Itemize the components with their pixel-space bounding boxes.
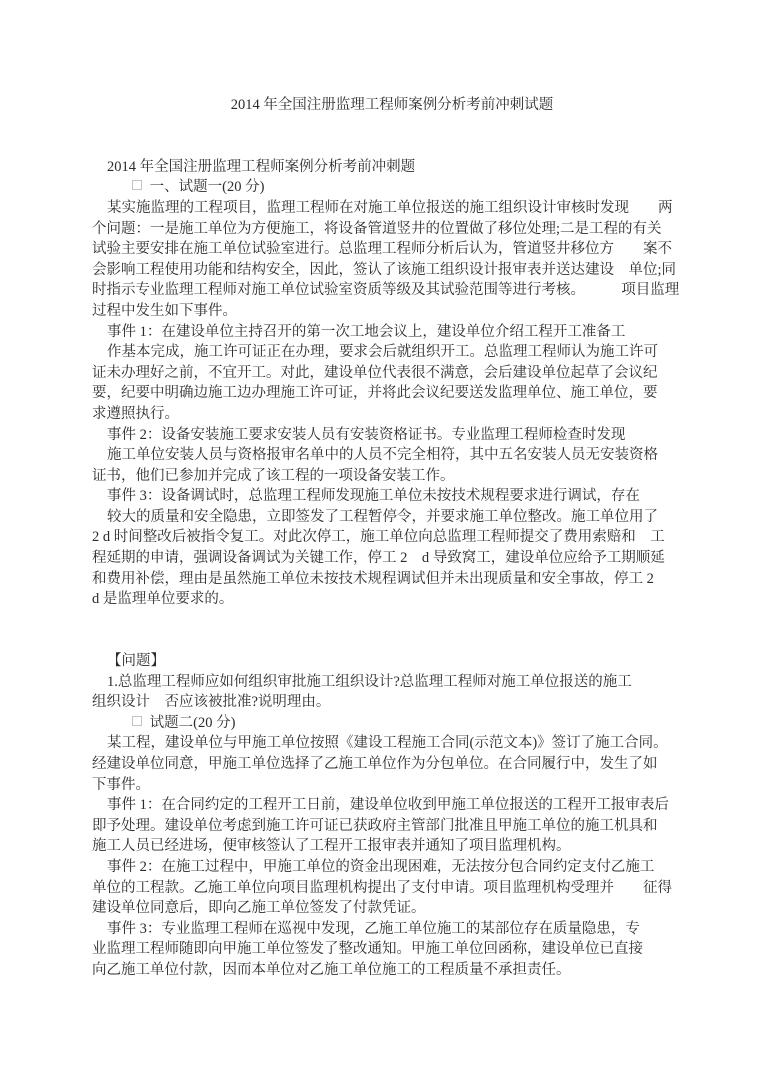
- text-line: 事件 2：设备安装施工要求安装人员有安装资格证书。专业监理工程师检查时发现: [92, 425, 692, 446]
- text-line: d 是监理单位要求的。: [92, 589, 692, 610]
- placeholder-box-icon: [132, 180, 142, 190]
- text-line: 事件 1：在合同约定的工程开工日前，建设单位收到甲施工单位报送的工程开工报审表后: [92, 795, 692, 816]
- document-page: 2014 年全国注册监理工程师案例分析考前冲刺试题 2014 年全国注册监理工程…: [0, 0, 763, 1080]
- text-line: 时指示专业监理工程师对施工单位试验室资质等级及其试验范围等进行考核。 项目监理: [92, 280, 692, 301]
- text-line: 施工人员已经进场，便审核签认了工程开工报审表并通知了项目监理机构。: [92, 836, 692, 857]
- text-line: 1.总监理工程师应如何组织审批施工组织设计?总监理工程师对施工单位报送的施工: [92, 672, 692, 693]
- text-line: 作基本完成，施工许可证正在办理，要求会后就组织开工。总监理工程师认为施工许可: [92, 342, 692, 363]
- document-content: 2014 年全国注册监理工程师案例分析考前冲刺试题 2014 年全国注册监理工程…: [92, 95, 692, 981]
- text-line: 较大的质量和安全隐患，立即签发了工程暂停令，并要求施工单位整改。施工单位用了: [92, 507, 692, 528]
- text-line: 事件 2：在施工过程中，甲施工单位的资金出现困难，无法按分包合同约定支付乙施工: [92, 857, 692, 878]
- text-line: 会影响工程使用功能和结构安全，因此，签认了该施工组织设计报审表并送达建设 单位;…: [92, 260, 692, 281]
- text-line: 试验主要安排在施工单位试验室进行。总监理工程师分析后认为，管道竖井移位方 案不: [92, 239, 692, 260]
- text-line: 过程中发生如下事件。: [92, 301, 692, 322]
- text-line: 【问题】: [92, 651, 692, 672]
- text-line: 单位的工程款。乙施工单位向项目监理机构提出了支付申请。项目监理机构受理并 征得: [92, 878, 692, 899]
- placeholder-box-icon: [132, 716, 142, 726]
- text-line: 个问题：一是施工单位为方便施工，将设备管道竖井的位置做了移位处理;二是工程的有关: [92, 219, 692, 240]
- text-line: 试题二(20 分): [92, 713, 692, 734]
- text-line: 求遵照执行。: [92, 404, 692, 425]
- text-line: 下事件。: [92, 775, 692, 796]
- text-line: 建设单位同意后，即向乙施工单位签发了付款凭证。: [92, 898, 692, 919]
- blank-line: [92, 610, 692, 631]
- text-line: 2 d 时间整改后被指令复工。对此次停工，施工单位向总监理工程师提交了费用索赔和…: [92, 527, 692, 548]
- document-title: 2014 年全国注册监理工程师案例分析考前冲刺试题: [92, 95, 692, 116]
- text-line: 事件 3：设备调试时，总监理工程师发现施工单位未按技术规程要求进行调试，存在: [92, 486, 692, 507]
- text-line: 一、试题一(20 分): [92, 177, 692, 198]
- text-line: 2014 年全国注册监理工程师案例分析考前冲刺题: [92, 157, 692, 178]
- text-line: 某实施监理的工程项目，监理工程师在对施工单位报送的施工组织设计审核时发现 两: [92, 198, 692, 219]
- text-line: 程延期的申请，强调设备调试为关键工作，停工 2 d 导致窝工，建设单位应给予工期…: [92, 548, 692, 569]
- text-line: 证书，他们已参加并完成了该工程的一项设备安装工作。: [92, 466, 692, 487]
- text-line: 施工单位安装人员与资格报审名单中的人员不完全相符，其中五名安装人员无安装资格: [92, 445, 692, 466]
- text-line: 要，纪要中明确边施工边办理施工许可证，并将此会议纪要送发监理单位、施工单位，要: [92, 383, 692, 404]
- text-line: 组织设计 否应该被批准?说明理由。: [92, 692, 692, 713]
- text-line: 向乙施工单位付款，因而本单位对乙施工单位施工的工程质量不承担责任。: [92, 960, 692, 981]
- text-line: 即予处理。建设单位考虑到施工许可证已获政府主管部门批准且甲施工单位的施工机具和: [92, 816, 692, 837]
- text-line: 某工程，建设单位与甲施工单位按照《建设工程施工合同(示范文本)》签订了施工合同。: [92, 733, 692, 754]
- blank-line: [92, 630, 692, 651]
- document-lines: 2014 年全国注册监理工程师案例分析考前冲刺题 一、试题一(20 分)某实施监…: [92, 157, 692, 981]
- text-line: 业监理工程师随即向甲施工单位签发了整改通知。甲施工单位回函称，建设单位已直接: [92, 939, 692, 960]
- text-line: 事件 1：在建设单位主持召开的第一次工地会议上，建设单位介绍工程开工准备工: [92, 322, 692, 343]
- text-line: 和费用补偿，理由是虽然施工单位未按技术规程调试但并未出现质量和安全事故，停工 2: [92, 569, 692, 590]
- text-line: 证未办理好之前，不宜开工。对此，建设单位代表很不满意，会后建设单位起草了会议纪: [92, 363, 692, 384]
- text-line: 经建设单位同意，甲施工单位选择了乙施工单位作为分包单位。在合同履行中，发生了如: [92, 754, 692, 775]
- text-line: 事件 3：专业监理工程师在巡视中发现，乙施工单位施工的某部位存在质量隐患，专: [92, 919, 692, 940]
